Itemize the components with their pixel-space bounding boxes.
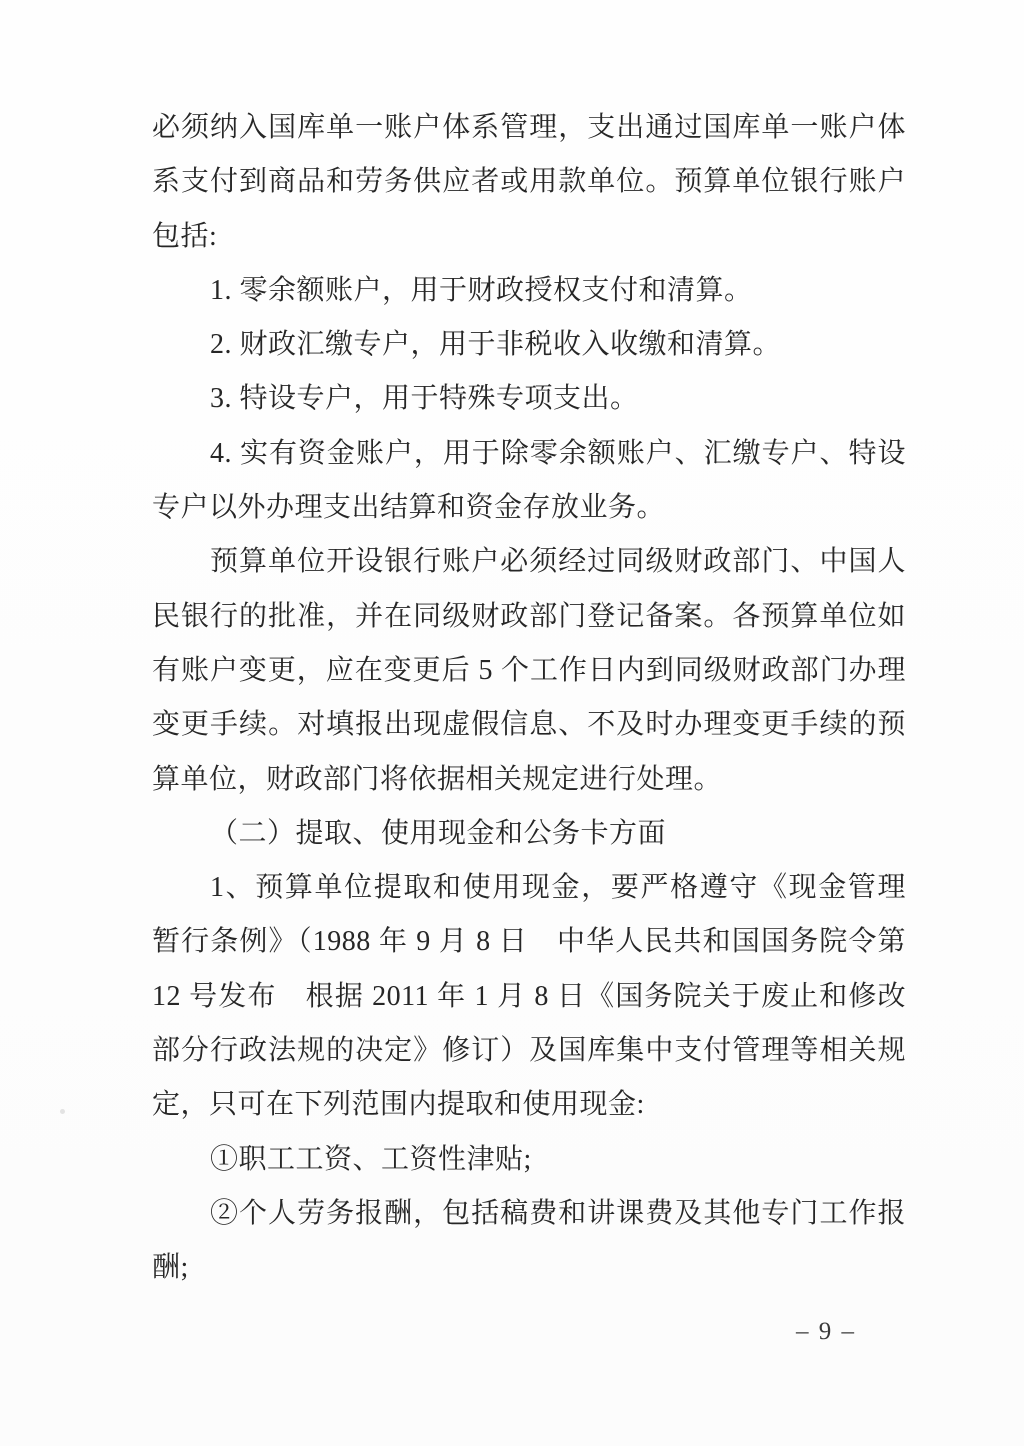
text-line: 12 号发布 根据 2011 年 1 月 8 日《国务院关于废止和修改 (152, 970, 906, 1024)
enumerated-item-line: ②个人劳务报酬，包括稿费和讲课费及其他专门工作报 (152, 1187, 906, 1241)
text-line: 预算单位开设银行账户必须经过同级财政部门、中国人 (152, 535, 906, 589)
list-item-line: 4. 实有资金账户，用于除零余额账户、汇缴专户、特设 (152, 427, 906, 481)
text-line: 算单位，财政部门将依据相关规定进行处理。 (152, 753, 906, 807)
list-item-line: 2. 财政汇缴专户，用于非税收入收缴和清算。 (152, 318, 906, 372)
text-line: 1、预算单位提取和使用现金，要严格遵守《现金管理 (152, 861, 906, 915)
scan-speck (60, 1109, 65, 1114)
text-line: 必须纳入国库单一账户体系管理，支出通过国库单一账户体 (152, 101, 906, 155)
document-page: 必须纳入国库单一账户体系管理，支出通过国库单一账户体 系支付到商品和劳务供应者或… (0, 0, 1024, 1446)
text-line: 变更手续。对填报出现虚假信息、不及时办理变更手续的预 (152, 698, 906, 752)
document-body: 必须纳入国库单一账户体系管理，支出通过国库单一账户体 系支付到商品和劳务供应者或… (152, 101, 906, 1296)
text-line: 有账户变更，应在变更后 5 个工作日内到同级财政部门办理 (152, 644, 906, 698)
text-line: 专户以外办理支出结算和资金存放业务。 (152, 481, 906, 535)
page-number: – 9 – (796, 1318, 916, 1346)
enumerated-item-line: ①职工工资、工资性津贴; (152, 1133, 906, 1187)
section-heading-line: （二）提取、使用现金和公务卡方面 (152, 807, 906, 861)
text-line: 定，只可在下列范围内提取和使用现金: (152, 1078, 906, 1132)
text-line: 暂行条例》（1988 年 9 月 8 日 中华人民共和国国务院令第 (152, 915, 906, 969)
text-line: 酬; (152, 1241, 906, 1295)
text-line: 部分行政法规的决定》修订）及国库集中支付管理等相关规 (152, 1024, 906, 1078)
list-item-line: 3. 特设专户，用于特殊专项支出。 (152, 372, 906, 426)
text-line: 民银行的批准，并在同级财政部门登记备案。各预算单位如 (152, 590, 906, 644)
text-line: 包括: (152, 210, 906, 264)
list-item-line: 1. 零余额账户，用于财政授权支付和清算。 (152, 264, 906, 318)
text-line: 系支付到商品和劳务供应者或用款单位。预算单位银行账户 (152, 155, 906, 209)
